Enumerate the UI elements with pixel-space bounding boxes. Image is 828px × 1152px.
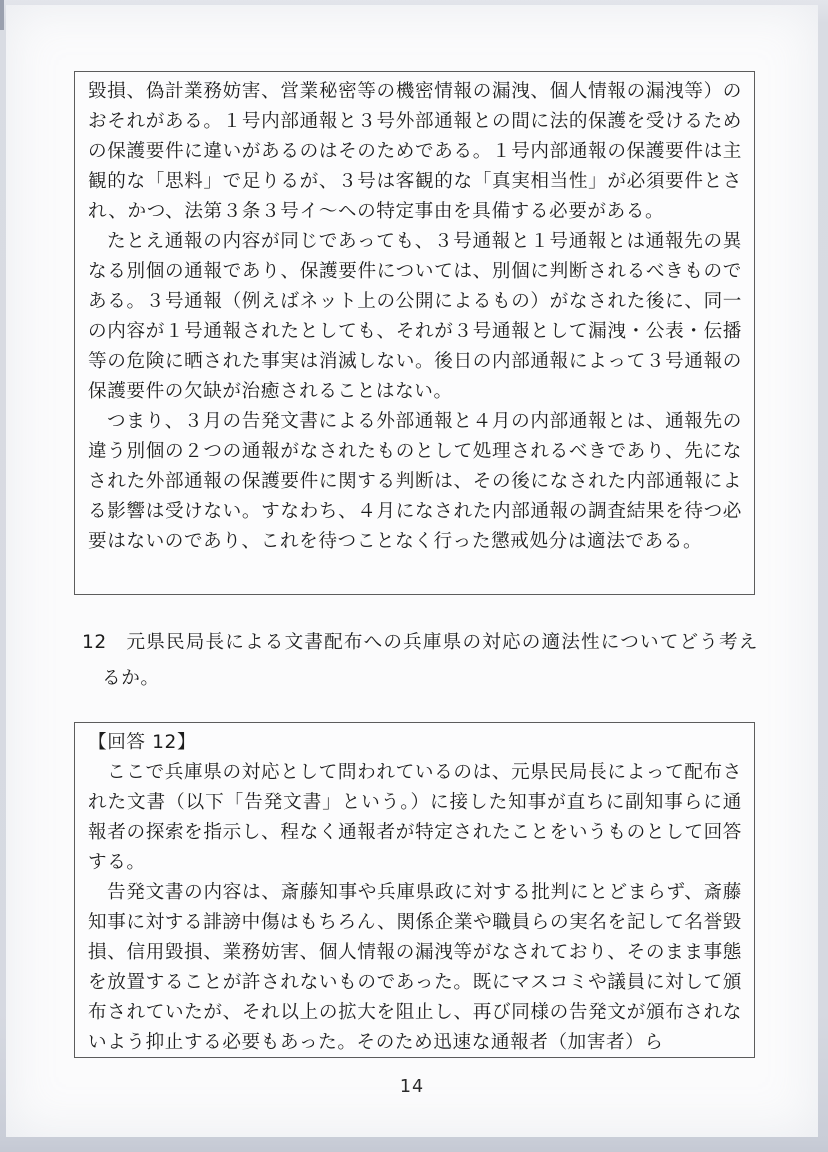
question-12-number: 12 (82, 632, 107, 653)
answer-12-paragraph: ここで兵庫県の対応として問われているのは、元県民局長によって配布された文書（以下… (88, 758, 742, 878)
answer-12-paragraph: 告発文書の内容は、斎藤知事や兵庫県政に対する批判にとどまらず、斎藤知事に対する誹… (88, 878, 742, 1058)
answer-11-paragraph: たとえ通報の内容が同じであっても、３号通報と１号通報とは通報先の異なる別個の通報… (88, 227, 742, 407)
answer-11-continuation-box: 毀損、偽計業務妨害、営業秘密等の機密情報の漏洩、個人情報の漏洩等）のおそれがある… (74, 71, 755, 595)
question-12-text: 元県民局長による文書配布への兵庫県の対応の適法性についてどう考えるか。 (102, 632, 758, 689)
answer-12-box: 【回答 12】 ここで兵庫県の対応として問われているのは、元県民局長によって配布… (74, 722, 755, 1058)
question-12: 12元県民局長による文書配布への兵庫県の対応の適法性についてどう考えるか。 (102, 625, 758, 697)
document-page: 毀損、偽計業務妨害、営業秘密等の機密情報の漏洩、個人情報の漏洩等）のおそれがある… (6, 5, 818, 1137)
answer-11-paragraph-continuation: 毀損、偽計業務妨害、営業秘密等の機密情報の漏洩、個人情報の漏洩等）のおそれがある… (88, 77, 742, 227)
photo-background: { "answer11_continuation": { "paragraphs… (0, 0, 828, 1152)
photo-edge-artifact (0, 0, 4, 30)
answer-12-heading: 【回答 12】 (88, 728, 742, 758)
page-number: 14 (6, 1077, 818, 1097)
answer-11-paragraph: つまり、３月の告発文書による外部通報と４月の内部通報とは、通報先の違う別個の２つ… (88, 407, 742, 557)
